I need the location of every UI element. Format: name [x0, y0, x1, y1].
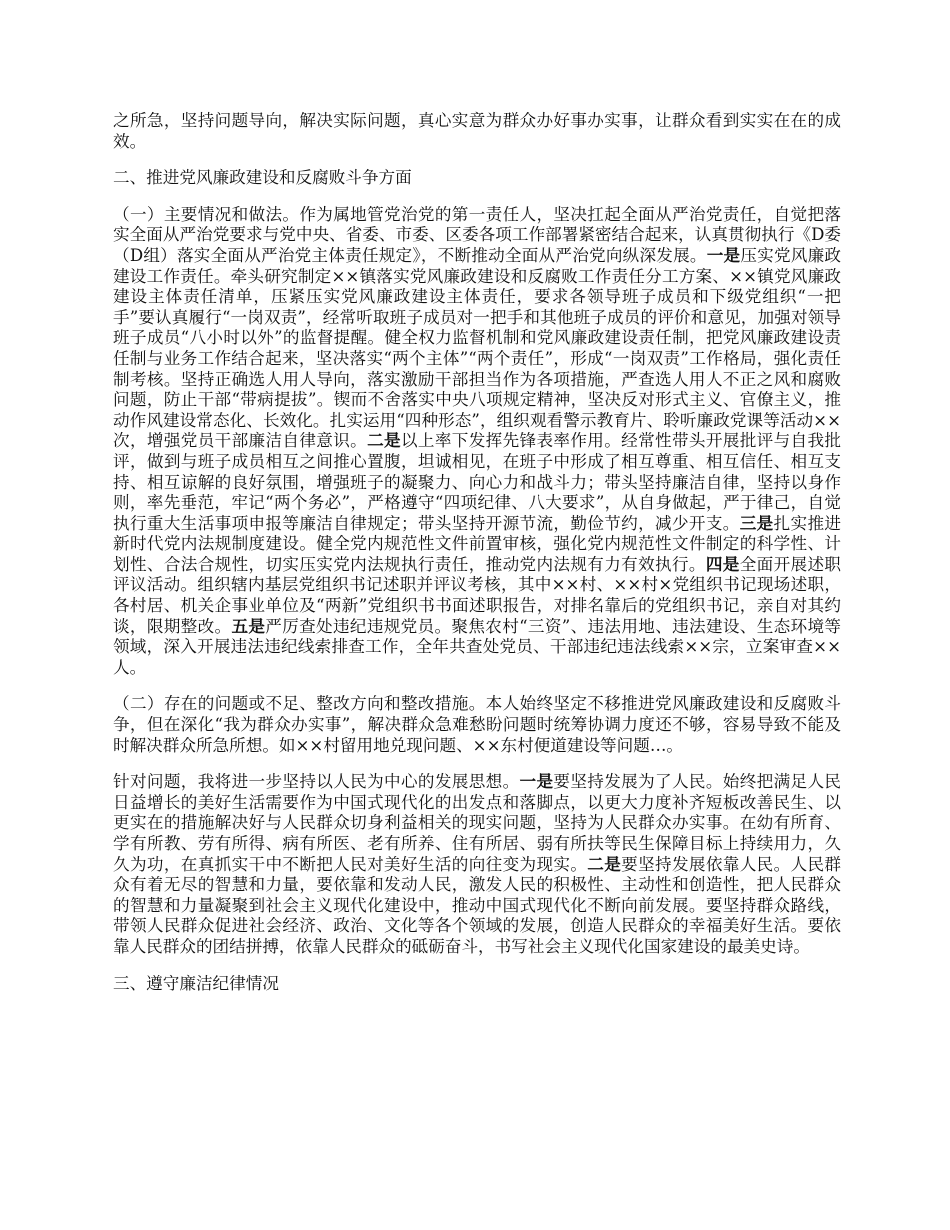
document-page: 之所急，坚持问题导向，解决实际问题，真心实意为群众办好事办实事，让群众看到实实在…: [113, 111, 841, 1010]
text-run: 之所急，坚持问题导向，解决实际问题，真心实意为群众办好事办实事，让群众看到实实在…: [113, 111, 841, 151]
text-run: 针对问题，我将进一步坚持以人民为中心的发展思想。: [113, 772, 520, 791]
section-heading-2: 二、推进党风廉政建设和反腐败斗争方面: [113, 168, 841, 189]
section-heading-3: 三、遵守廉洁纪律情况: [113, 974, 841, 995]
paragraph-measures: 针对问题，我将进一步坚持以人民为中心的发展思想。一是要坚持发展为了人民。始终把满…: [113, 772, 841, 957]
bold-marker-fourth: 四是: [706, 555, 740, 574]
paragraph-problems: （二）存在的问题或不足、整改方向和整改措施。本人始终坚定不移推进党风廉政建设和反…: [113, 694, 841, 756]
text-run: （二）存在的问题或不足、整改方向和整改措施。本人始终坚定不移推进党风廉政建设和反…: [113, 694, 841, 754]
bold-marker-third: 三是: [740, 514, 774, 533]
bold-marker-second: 二是: [367, 431, 401, 450]
bold-marker-first: 一是: [707, 246, 741, 265]
bold-marker-fifth: 五是: [231, 617, 265, 636]
paragraph-intro-continuation: 之所急，坚持问题导向，解决实际问题，真心实意为群众办好事办实事，让群众看到实实在…: [113, 111, 841, 152]
bold-marker-first: 一是: [520, 772, 554, 791]
paragraph-main-practices: （一）主要情况和做法。作为属地管党治党的第一责任人，坚决扛起全面从严治党责任，自…: [113, 205, 841, 679]
text-run: 压实党风廉政建设工作责任。牵头研究制定××镇落实党风廉政建设和反腐败工作责任分工…: [113, 246, 841, 450]
bold-marker-second: 二是: [587, 855, 621, 874]
